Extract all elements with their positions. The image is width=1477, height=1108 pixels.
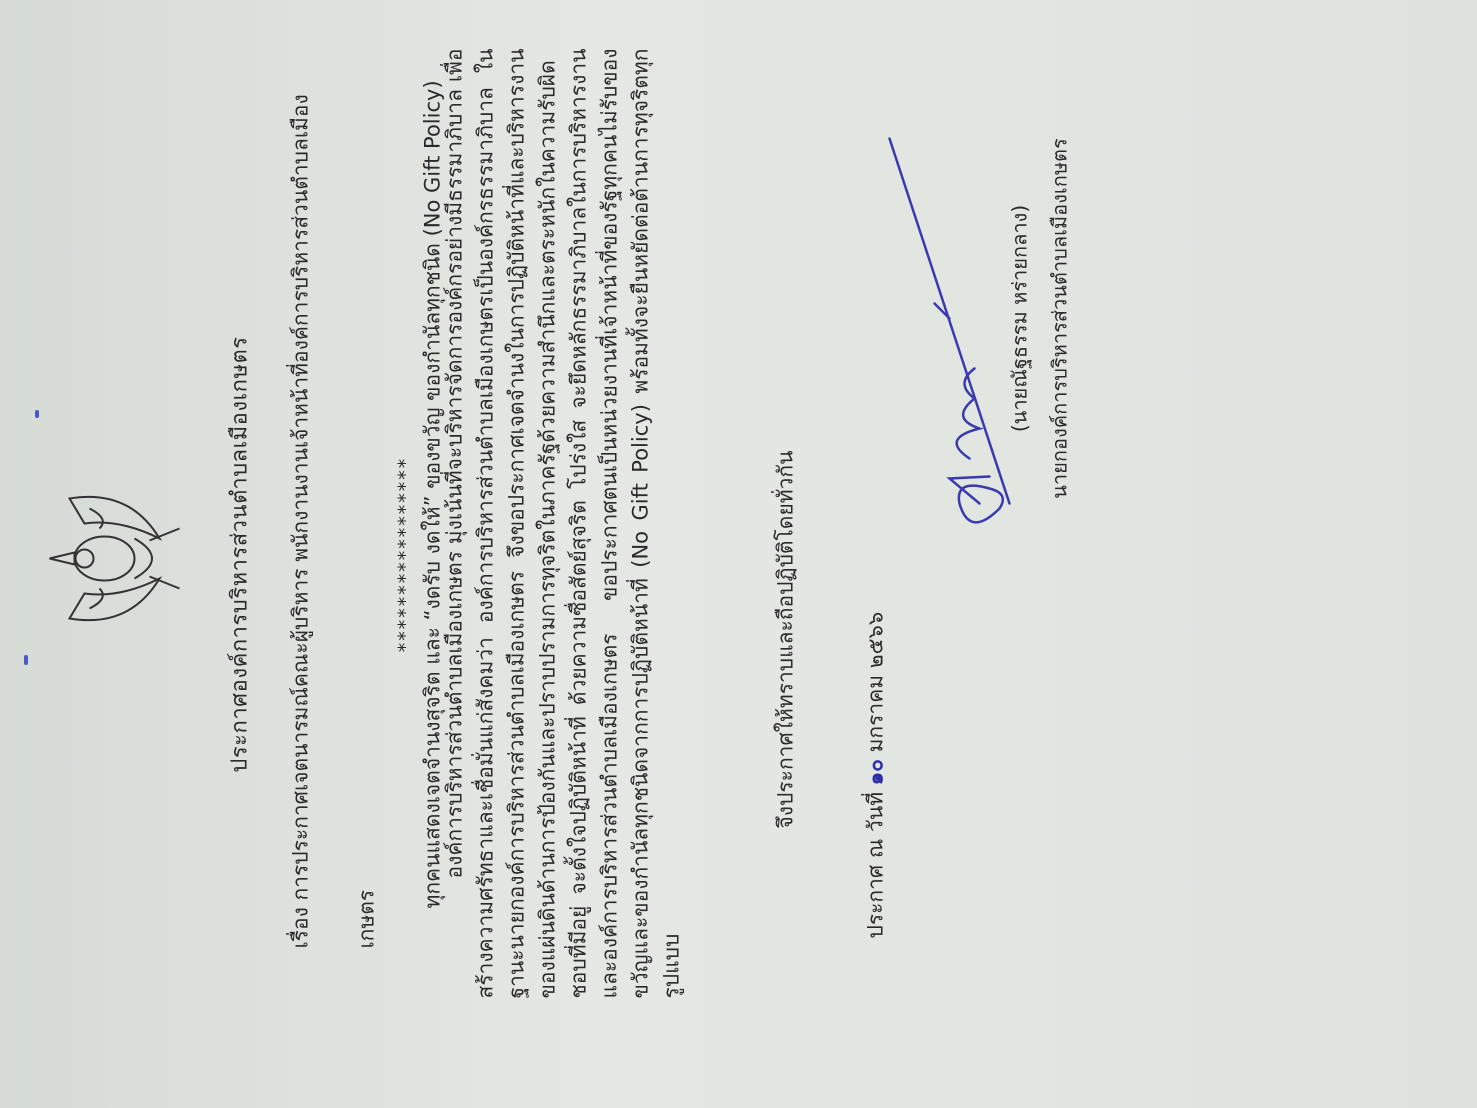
closing-line: จึงประกาศให้ทราบและถือปฏิบัติโดยทั่วกัน	[770, 451, 803, 829]
signer-name: (นายณัฐธรรม หร่ายกลาง)	[1000, 89, 1040, 549]
date-day: ๑๐	[864, 759, 888, 785]
signer-block: (นายณัฐธรรม หร่ายกลาง) นายกองค์การบริหาร…	[1000, 89, 1080, 549]
date-rest: มกราคม ๒๕๖๖	[864, 612, 888, 753]
garuda-emblem-icon	[30, 479, 190, 639]
pen-mark	[24, 655, 28, 665]
announcement-page: ประกาศองค์การบริหารส่วนตำบลเมืองเกษตร เร…	[0, 1, 1477, 1108]
date-line: ประกาศ ณ วันที่ ๑๐ มกราคม ๒๕๖๖	[860, 612, 893, 939]
body-text: องค์การบริหารส่วนตำบลเมืองเกษตร มุ่งเน้น…	[443, 49, 684, 999]
body-paragraph: องค์การบริหารส่วนตำบลเมืองเกษตร มุ่งเน้น…	[440, 49, 688, 999]
separator: *****************	[395, 1, 417, 1108]
signer-position: นายกองค์การบริหารส่วนตำบลเมืองเกษตร	[1040, 89, 1080, 549]
date-prefix: ประกาศ ณ วันที่	[864, 792, 888, 939]
header-title: ประกาศองค์การบริหารส่วนตำบลเมืองเกษตร	[222, 1, 257, 1108]
subject: เรื่อง การประกาศเจตนารมณ์คณะผู้บริหาร พน…	[268, 49, 466, 949]
pen-mark	[35, 410, 39, 418]
subject-line-1: เรื่อง การประกาศเจตนารมณ์คณะผู้บริหาร พน…	[289, 94, 379, 948]
